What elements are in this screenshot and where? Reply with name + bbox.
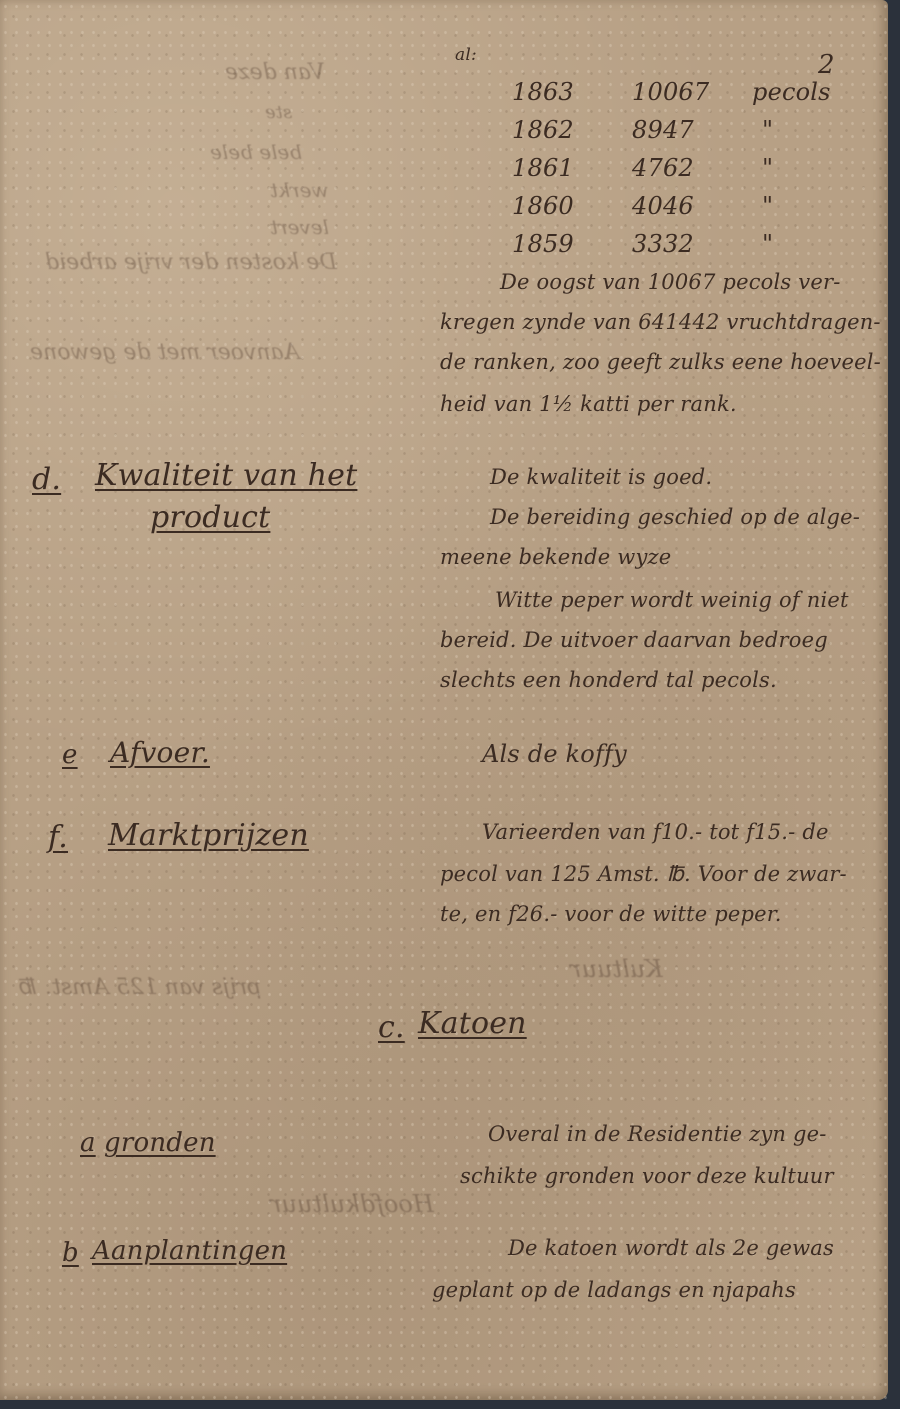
bleed-through-text: levert bbox=[270, 215, 329, 239]
unit-cell: " bbox=[762, 230, 773, 258]
value-cell: 8947 bbox=[632, 116, 752, 144]
text-line: Varieerden van f10.- tot f15.- de bbox=[482, 820, 829, 844]
unit-cell: " bbox=[762, 116, 773, 144]
section-label: f. bbox=[48, 820, 68, 855]
section-label: a bbox=[80, 1128, 96, 1158]
text-line: De oogst van 10067 pecols ver- bbox=[500, 270, 841, 294]
intro-word: al: bbox=[455, 45, 477, 65]
value-cell: 4762 bbox=[632, 154, 752, 182]
unit-cell: " bbox=[762, 192, 773, 220]
text-line: heid van 1½ katti per rank. bbox=[440, 392, 737, 416]
section-title-cont: product bbox=[150, 500, 270, 535]
manuscript-page: Van deze ste bele bele werkt levert De k… bbox=[0, 0, 888, 1400]
year-cell: 1859 bbox=[512, 230, 632, 258]
table-row: 1863 10067 pecols bbox=[512, 78, 831, 106]
table-row: 1861 4762 " bbox=[512, 154, 773, 182]
table-row: 1859 3332 " bbox=[512, 230, 773, 258]
section-label: b bbox=[62, 1238, 79, 1268]
text-line: slechts een honderd tal pecols. bbox=[440, 668, 777, 692]
text-line: bereid. De uitvoer daarvan bedroeg bbox=[440, 628, 828, 652]
text-line: Overal in de Residentie zyn ge- bbox=[488, 1122, 827, 1146]
value-cell: 4046 bbox=[632, 192, 752, 220]
chapter-label: c. bbox=[378, 1010, 405, 1045]
text-line: pecol van 125 Amst. ℔. Voor de zwar- bbox=[440, 862, 847, 886]
value-cell: 3332 bbox=[632, 230, 752, 258]
year-cell: 1860 bbox=[512, 192, 632, 220]
text-line: te, en f26.- voor de witte peper. bbox=[440, 902, 782, 926]
bleed-through-text: Van deze bbox=[225, 60, 325, 85]
text-line: De kwaliteit is goed. bbox=[490, 465, 712, 489]
text-line: De bereiding geschied op de alge- bbox=[490, 505, 860, 529]
text-line: schikte gronden voor deze kultuur bbox=[460, 1164, 834, 1188]
bleed-through-text: De kosten der vrije arbeid bbox=[45, 250, 337, 275]
chapter-title: Katoen bbox=[418, 1006, 527, 1041]
section-title: Marktprijzen bbox=[108, 818, 309, 853]
year-cell: 1863 bbox=[512, 78, 632, 106]
year-cell: 1862 bbox=[512, 116, 632, 144]
text-line: Witte peper wordt weinig of niet bbox=[495, 588, 849, 612]
bleed-through-text: bele bele bbox=[210, 140, 302, 164]
bleed-through-text: Kultuur bbox=[570, 955, 663, 983]
year-cell: 1861 bbox=[512, 154, 632, 182]
unit-cell: " bbox=[762, 154, 773, 182]
value-cell: 10067 bbox=[632, 78, 752, 106]
table-row: 1862 8947 " bbox=[512, 116, 773, 144]
bleed-through-text: werkt bbox=[270, 178, 329, 202]
text-line: de ranken, zoo geeft zulks eene hoeveel- bbox=[440, 350, 881, 374]
bleed-through-text: prijs van 125 Amst. ℔ bbox=[20, 975, 261, 1000]
section-label: d. bbox=[32, 462, 61, 497]
section-title: Aanplantingen bbox=[92, 1236, 287, 1266]
page-number: 2 bbox=[818, 50, 835, 80]
section-label: e bbox=[62, 740, 78, 770]
text-line: geplant op de ladangs en njapahs bbox=[432, 1278, 796, 1302]
section-title: Kwaliteit van het bbox=[95, 458, 357, 493]
section-title: gronden bbox=[104, 1128, 216, 1158]
text-line: kregen zynde van 641442 vruchtdragen- bbox=[440, 310, 881, 334]
section-title: Afvoer. bbox=[110, 736, 210, 769]
bleed-through-text: Hoofdkultuur bbox=[270, 1190, 434, 1218]
text-line: Als de koffy bbox=[482, 740, 627, 768]
unit-cell: pecols bbox=[752, 78, 831, 106]
bleed-through-text: Aanvoer met de gewone bbox=[30, 340, 300, 365]
bleed-through-text: ste bbox=[265, 102, 292, 123]
text-line: De katoen wordt als 2e gewas bbox=[508, 1236, 834, 1260]
table-row: 1860 4046 " bbox=[512, 192, 773, 220]
text-line: meene bekende wyze bbox=[440, 545, 671, 569]
